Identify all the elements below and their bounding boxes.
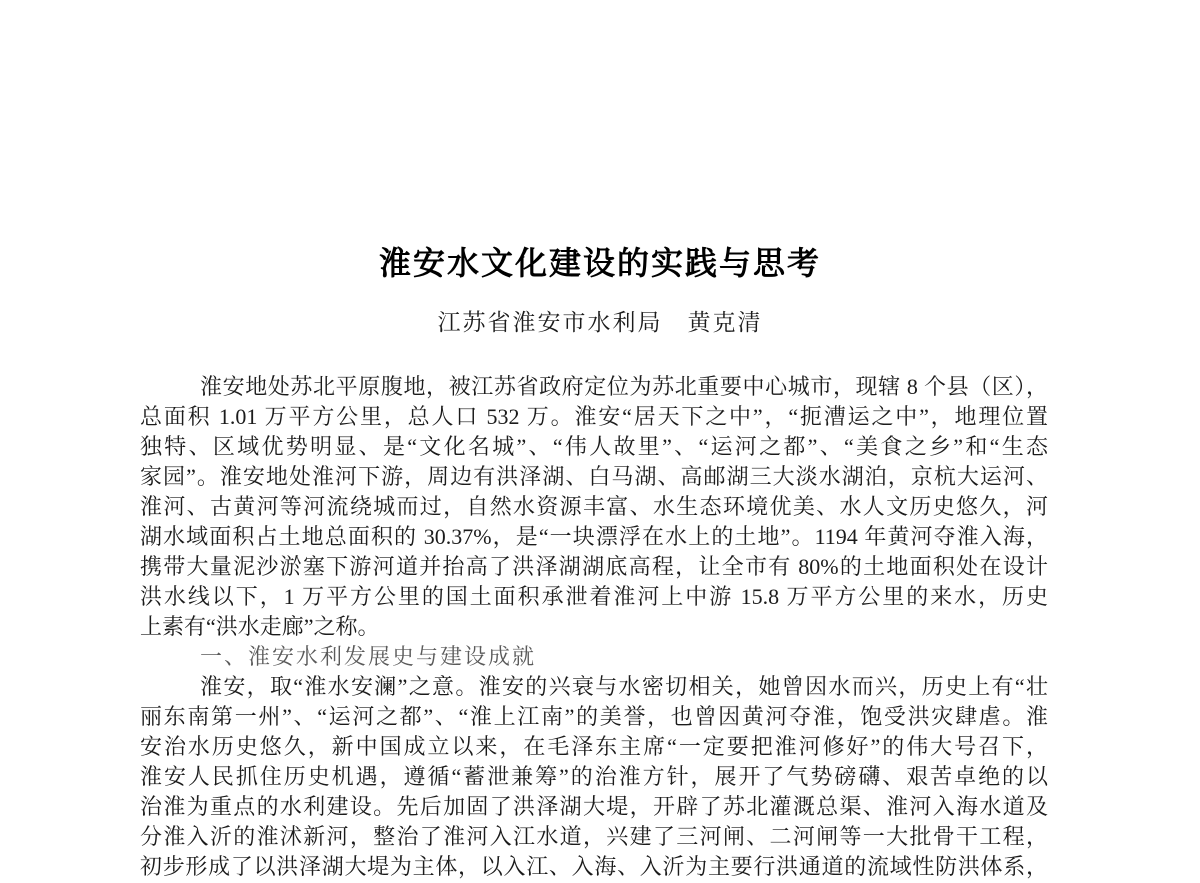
text-line: 安治水历史悠久，新中国成立以来，在毛泽东主席“一定要把淮河修好”的伟大号召下，	[140, 732, 1048, 762]
section-heading: 一、淮安水利发展史与建设成就	[140, 642, 1048, 672]
body-text: 淮安地处苏北平原腹地，被江苏省政府定位为苏北重要中心城市，现辖 8 个县（区），…	[140, 372, 1048, 882]
text-line: 治淮为重点的水利建设。先后加固了洪泽湖大堤，开辟了苏北灌溉总渠、淮河入海水道及	[140, 792, 1048, 822]
text-line: 初步形成了以洪泽湖大堤为主体，以入江、入海、入沂为主要行洪通道的流域性防洪体系，	[140, 852, 1048, 882]
text-line: 总面积 1.01 万平方公里，总人口 532 万。淮安“居天下之中”，“扼漕运之…	[140, 402, 1048, 432]
page-title: 淮安水文化建设的实践与思考	[0, 238, 1200, 284]
text-line: 淮河、古黄河等河流绕城而过，自然水资源丰富、水生态环境优美、水人文历史悠久，河	[140, 492, 1048, 522]
text-line: 洪水线以下，1 万平方公里的国土面积承泄着淮河上中游 15.8 万平方公里的来水…	[140, 582, 1048, 612]
text-line: 携带大量泥沙淤塞下游河道并抬高了洪泽湖湖底高程，让全市有 80%的土地面积处在设…	[140, 552, 1048, 582]
text-line: 上素有“洪水走廊”之称。	[140, 612, 1048, 642]
text-line: 淮安地处苏北平原腹地，被江苏省政府定位为苏北重要中心城市，现辖 8 个县（区），	[140, 372, 1048, 402]
text-line: 淮安人民抓住历史机遇，遵循“蓄泄兼筹”的治淮方针，展开了气势磅礴、艰苦卓绝的以	[140, 762, 1048, 792]
text-line: 独特、区域优势明显、是“文化名城”、“伟人故里”、“运河之都”、“美食之乡”和“…	[140, 432, 1048, 462]
text-line: 丽东南第一州”、“运河之都”、“淮上江南”的美誉，也曾因黄河夺淮，饱受洪灾肆虐。…	[140, 702, 1048, 732]
text-line: 分淮入沂的淮沭新河，整治了淮河入江水道，兴建了三河闸、二河闸等一大批骨干工程，	[140, 822, 1048, 852]
author-line: 江苏省淮安市水利局 黄克清	[0, 304, 1200, 337]
text-line: 淮安，取“淮水安澜”之意。淮安的兴衰与水密切相关，她曾因水而兴，历史上有“壮	[140, 672, 1048, 702]
text-line: 家园”。淮安地处淮河下游，周边有洪泽湖、白马湖、高邮湖三大淡水湖泊，京杭大运河、	[140, 462, 1048, 492]
document-page: 淮安水文化建设的实践与思考 江苏省淮安市水利局 黄克清 淮安地处苏北平原腹地，被…	[0, 0, 1200, 883]
text-line: 湖水域面积占土地总面积的 30.37%，是“一块漂浮在水上的土地”。1194 年…	[140, 522, 1048, 552]
